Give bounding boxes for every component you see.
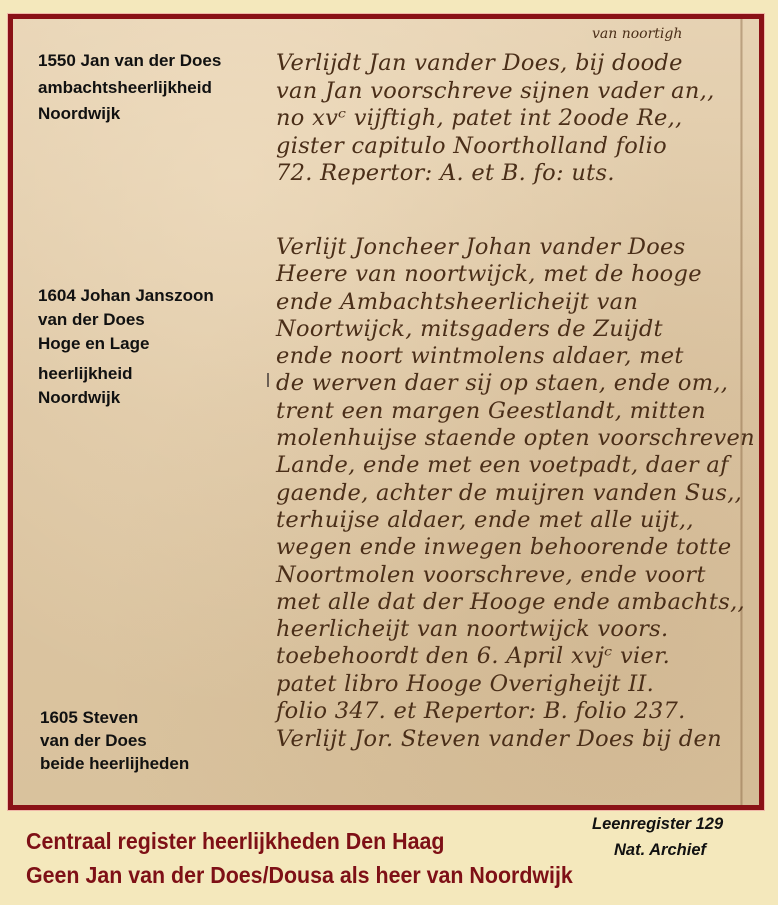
annotation-line: Noordwijk [38,101,221,128]
manuscript-line: no xvᶜ vijftigh, patet int 2oode Re,, [276,105,715,133]
annotation-line: van der Does [38,308,214,332]
manuscript-line: ende Ambachtsheerlicheijt van [276,289,755,316]
text-cursor-mark [267,373,269,387]
manuscript-line: de werven daer sij op staen, ende om,, [276,370,755,397]
manuscript-line: heerlicheijt van noortwijck voors. [276,616,755,643]
annotation-1550: 1550 Jan van der Does ambachtsheerlijkhe… [38,48,221,128]
manuscript-entry-1604: Verlijt Joncheer Johan vander Does Heere… [276,234,755,725]
annotation-line: 1550 Jan van der Does [38,48,221,75]
interlinear-note: van noortigh [592,26,682,42]
annotation-line: 1604 Johan Janszoon [38,284,214,308]
manuscript-line: Noortmolen voorschreve, ende voort [276,562,755,589]
annotation-1605: 1605 Steven van der Does beide heerlijhe… [40,706,189,775]
manuscript-line: Verlijt Joncheer Johan vander Does [276,234,755,261]
manuscript-line: gister capitulo Noortholland folio [276,133,715,161]
manuscript-entry-1550: Verlijdt Jan vander Does, bij doode van … [276,50,715,188]
manuscript-line: Noortwijck, mitsgaders de Zuijdt [276,316,755,343]
annotation-line: heerlijkheid [38,362,214,386]
manuscript-line: toebehoordt den 6. April xvjᶜ vier. [276,643,755,670]
manuscript-line: gaende, achter de muijren vanden Sus,, [276,480,755,507]
manuscript-line: molenhuijse staende opten voorschreven [276,425,755,452]
manuscript-line: 72. Repertor: A. et B. fo: uts. [276,160,715,188]
annotation-line: ambachtsheerlijkheid [38,75,221,102]
annotation-line: Hoge en Lage [38,332,214,356]
manuscript-line: wegen ende inwegen behoorende totte [276,534,755,561]
footer-title-line-1: Centraal register heerlijkheden Den Haag [26,828,444,855]
manuscript-line: trent een margen Geestlandt, mitten [276,398,755,425]
manuscript-line: patet libro Hooge Overigheijt II. [276,671,755,698]
annotation-1604: 1604 Johan Janszoon van der Does Hoge en… [38,284,214,410]
manuscript-entry-1605: Verlijt Jor. Steven vander Does bij den [276,726,722,754]
annotation-line: 1605 Steven [40,706,189,729]
manuscript-line: Heere van noortwijck, met de hooge [276,261,755,288]
annotation-line: Noordwijk [38,386,214,410]
source-archive: Nat. Archief [614,841,706,860]
manuscript-line: van Jan voorschreve sijnen vader an,, [276,78,715,106]
footer-title-line-2: Geen Jan van der Does/Dousa als heer van… [26,862,573,889]
annotation-line: van der Does [40,729,189,752]
manuscript-line: ende noort wintmolens aldaer, met [276,343,755,370]
annotation-line: beide heerlijheden [40,752,189,775]
source-reference: Leenregister 129 [592,815,723,834]
manuscript-line: met alle dat der Hooge ende ambachts,, [276,589,755,616]
manuscript-line: Verlijt Jor. Steven vander Does bij den [276,726,722,754]
manuscript-line: terhuijse aldaer, ende met alle uijt,, [276,507,755,534]
manuscript-line: Verlijdt Jan vander Does, bij doode [276,50,715,78]
manuscript-line: folio 347. et Repertor: B. folio 237. [276,698,755,725]
manuscript-line: Lande, ende met een voetpadt, daer af [276,452,755,479]
